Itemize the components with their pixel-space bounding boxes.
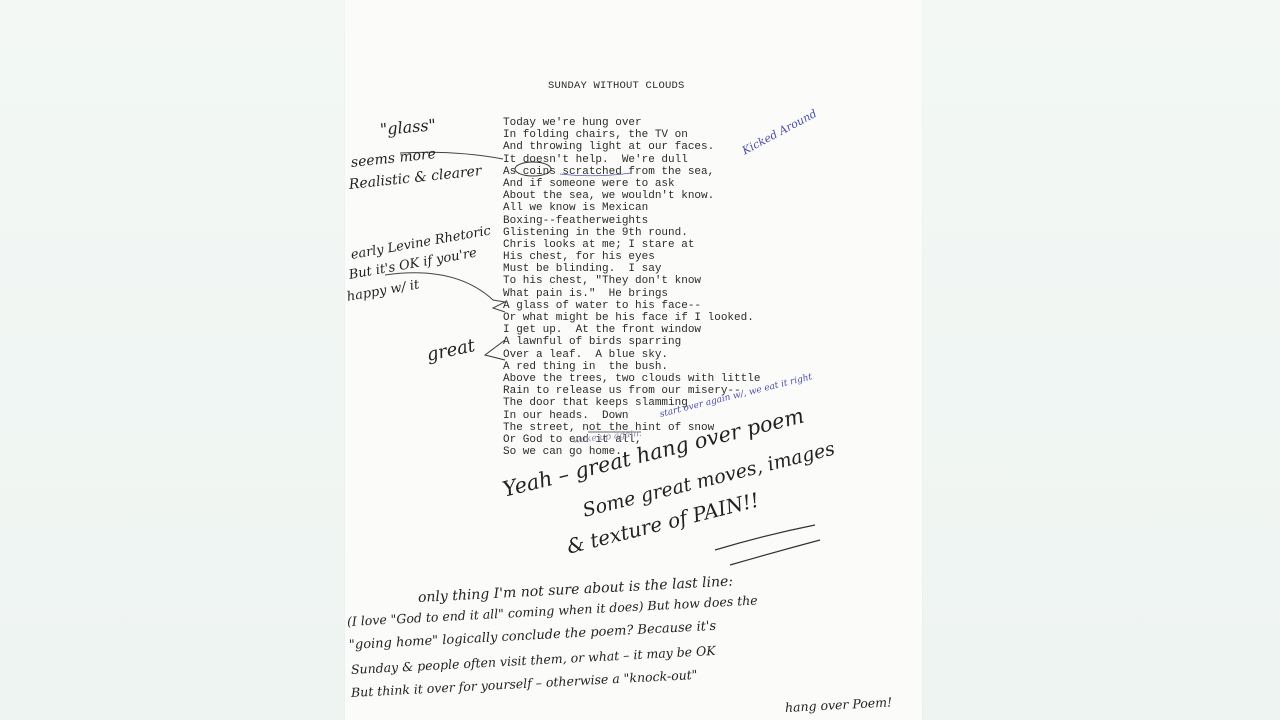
manuscript-page: SUNDAY WITHOUT CLOUDS Today we're hung o… (345, 0, 922, 720)
annotation-glass: "glass" (379, 115, 436, 139)
poem-line: As coins scratched from the sea, (503, 166, 760, 178)
poem-line: Glistening in the 9th round. (503, 227, 760, 239)
poem-line: Above the trees, two clouds with little (503, 373, 760, 385)
poem-line: About the sea, we wouldn't know. (503, 190, 760, 202)
poem-line: In our heads. Down (503, 410, 760, 422)
background-right (922, 0, 1280, 720)
annotation-great: great (425, 335, 477, 366)
poem-line: Must be blinding. I say (503, 263, 760, 275)
poem-line: A glass of water to his face-- (503, 300, 760, 312)
poem-line: I get up. At the front window (503, 324, 760, 336)
poem-line: All we know is Mexican (503, 202, 760, 214)
poem-line: His chest, for his eyes (503, 251, 760, 263)
background-left (0, 0, 345, 720)
poem-line: What pain is." He brings (503, 288, 760, 300)
poem-line: In folding chairs, the TV on (503, 129, 760, 141)
poem-line: Chris looks at me; I stare at (503, 239, 760, 251)
poem-line: A lawnful of birds sparring (503, 336, 760, 348)
poem-line: Over a leaf. A blue sky. (503, 349, 760, 361)
poem-line: A red thing in the bush. (503, 361, 760, 373)
poem-title: SUNDAY WITHOUT CLOUDS (548, 80, 685, 92)
poem-line: Or what might be his face if I looked. (503, 312, 760, 324)
poem-line: It doesn't help. We're dull (503, 154, 760, 166)
poem-line: Boxing--featherweights (503, 215, 760, 227)
comment-hangover-poem-end: hang over Poem! (785, 694, 893, 715)
poem-body: Today we're hung overIn folding chairs, … (503, 117, 760, 458)
annotation-seems-more: seems more (350, 146, 437, 171)
poem-line: And throwing light at our faces. (503, 141, 760, 153)
poem-line: Today we're hung over (503, 117, 760, 129)
poem-line: To his chest, "They don't know (503, 275, 760, 287)
poem-line: And if someone were to ask (503, 178, 760, 190)
